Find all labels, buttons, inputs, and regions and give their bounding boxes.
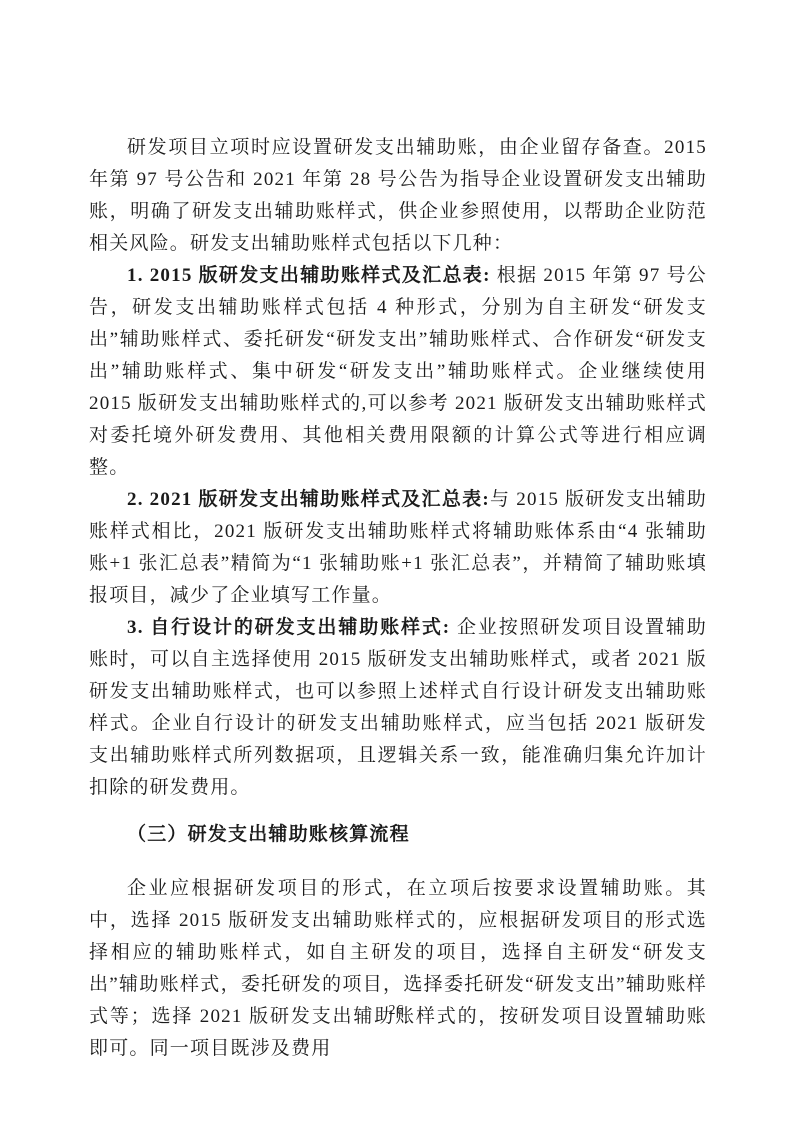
page-number: 26 (0, 1002, 793, 1020)
paragraph-item-2015: 1. 2015 版研发支出辅助账样式及汇总表: 根据 2015 年第 97 号公… (89, 260, 707, 484)
section-heading-accounting-process: （三）研发支出辅助账核算流程 (89, 819, 707, 851)
item-2015-lead: 1. 2015 版研发支出辅助账样式及汇总表: (127, 265, 491, 286)
item-custom-body: 企业按照研发项目设置辅助账时，可以自主选择使用 2015 版研发支出辅助账样式，… (89, 617, 707, 798)
document-page: 研发项目立项时应设置研发支出辅助账，由企业留存备查。2015 年第 97 号公告… (0, 0, 793, 1122)
paragraph-process: 企业应根据研发项目的形式，在立项后按要求设置辅助账。其中，选择 2015 版研发… (89, 873, 707, 1065)
item-custom-lead: 3. 自行设计的研发支出辅助账样式: (127, 617, 450, 638)
item-2021-lead: 2. 2021 版研发支出辅助账样式及汇总表: (127, 489, 490, 510)
document-body: 研发项目立项时应设置研发支出辅助账，由企业留存备查。2015 年第 97 号公告… (89, 132, 707, 1065)
paragraph-item-2021: 2. 2021 版研发支出辅助账样式及汇总表:与 2015 版研发支出辅助账样式… (89, 484, 707, 612)
paragraph-item-custom: 3. 自行设计的研发支出辅助账样式: 企业按照研发项目设置辅助账时，可以自主选择… (89, 612, 707, 804)
paragraph-intro: 研发项目立项时应设置研发支出辅助账，由企业留存备查。2015 年第 97 号公告… (89, 132, 707, 260)
item-2015-body: 根据 2015 年第 97 号公告，研发支出辅助账样式包括 4 种形式，分别为自… (89, 265, 707, 478)
